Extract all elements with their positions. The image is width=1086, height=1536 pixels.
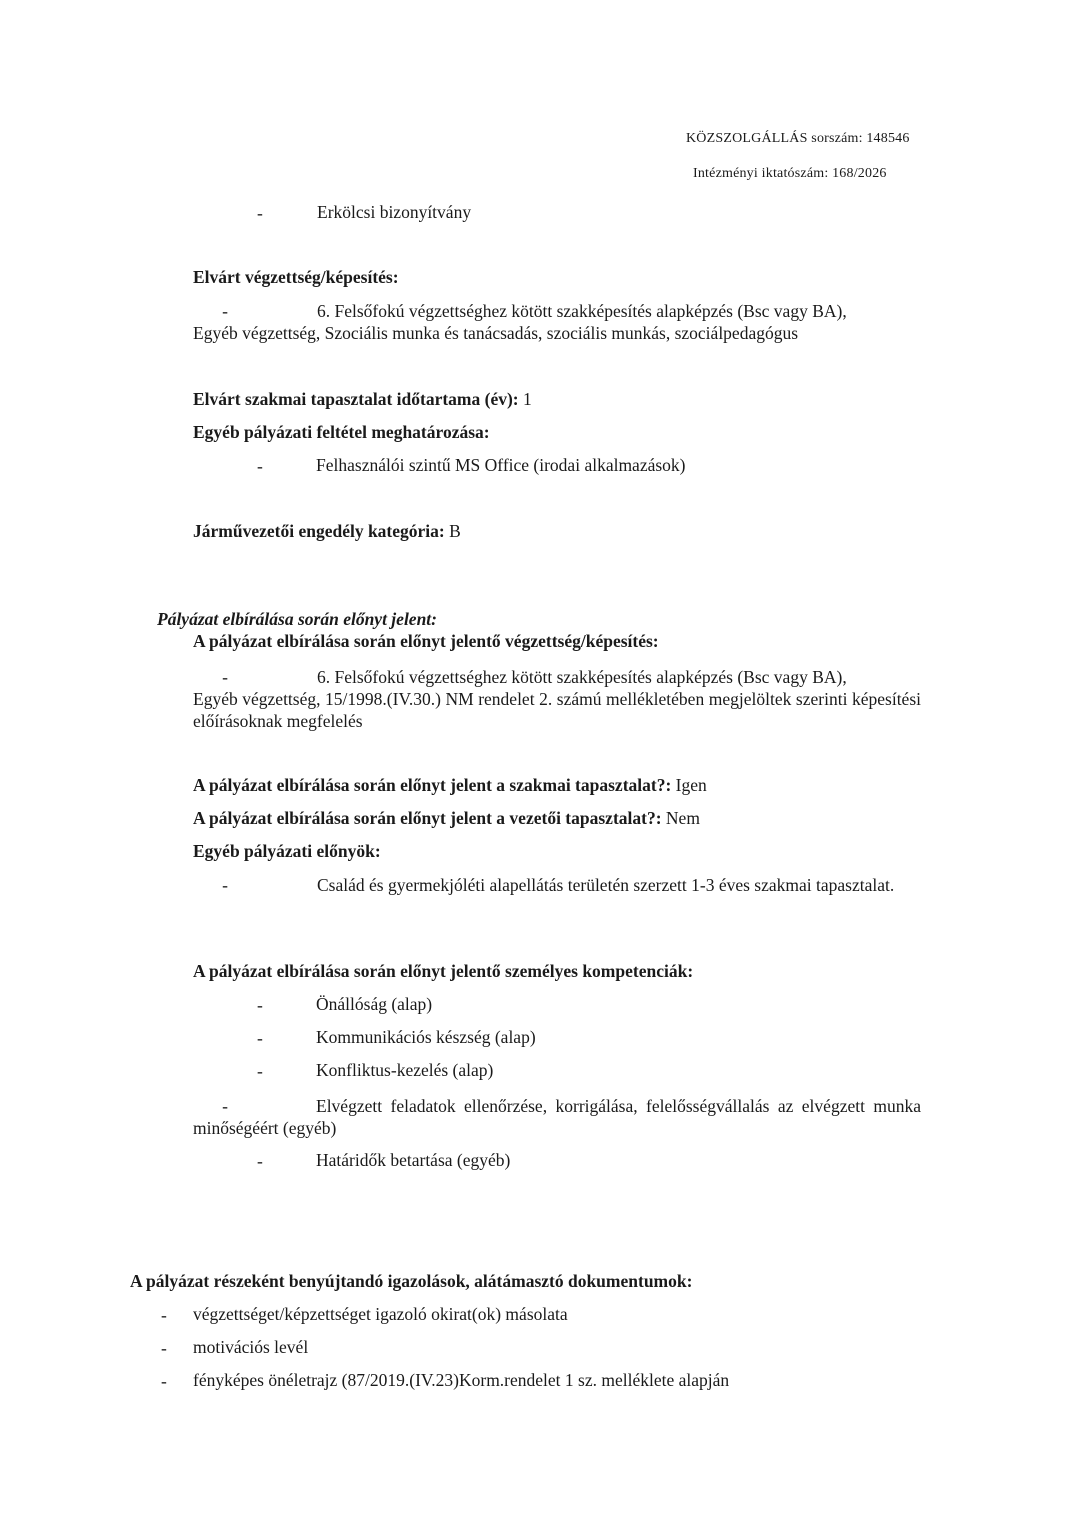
other-condition-label: Egyéb pályázati feltétel meghatározása: <box>193 422 490 443</box>
document-item: fényképes önéletrajz (87/2019.(IV.23)Kor… <box>193 1370 729 1391</box>
education-item: -6. Felsőfokú végzettséghez kötött szakk… <box>193 300 921 344</box>
bullet: - <box>193 1095 257 1117</box>
list-item: Felhasználói szintű MS Office (irodai al… <box>316 455 686 476</box>
bullet: - <box>161 1338 167 1359</box>
competency-item: -Elvégzett feladatok ellenőrzése, korrig… <box>193 1095 921 1139</box>
bullet: - <box>193 300 257 322</box>
competency-item: Kommunikációs készség (alap) <box>316 1027 536 1048</box>
advantage-education-item: -6. Felsőfokú végzettséghez kötött szakk… <box>193 666 921 732</box>
serial-number: KÖZSZOLGÁLLÁS sorszám: 148546 <box>686 131 910 147</box>
document-item: végzettséget/képzettséget igazoló okirat… <box>193 1304 568 1325</box>
bullet: - <box>257 456 263 477</box>
document-item: motivációs levél <box>193 1337 308 1358</box>
bullet: - <box>257 1028 263 1049</box>
list-item: Erkölcsi bizonyítvány <box>317 202 471 223</box>
bullet: - <box>257 1061 263 1082</box>
bullet: - <box>161 1305 167 1326</box>
lead-experience-row: A pályázat elbírálása során előnyt jelen… <box>193 808 700 829</box>
competency-item: Konfliktus-kezelés (alap) <box>316 1060 493 1081</box>
education-label: Elvárt végzettség/képesítés: <box>193 267 399 288</box>
other-advantage-item: -Család és gyermekjóléti alapellátás ter… <box>193 874 921 896</box>
license-row: Járművezetői engedély kategória: B <box>193 521 461 542</box>
bullet: - <box>257 1151 263 1172</box>
bullet: - <box>257 203 263 224</box>
bullet: - <box>193 874 257 896</box>
competency-item: Önállóság (alap) <box>316 994 432 1015</box>
advantage-education-label: A pályázat elbírálása során előnyt jelen… <box>193 631 659 652</box>
other-advantages-label: Egyéb pályázati előnyök: <box>193 841 381 862</box>
advantage-title: Pályázat elbírálása során előnyt jelent: <box>157 609 437 630</box>
competency-item: Határidők betartása (egyéb) <box>316 1150 510 1171</box>
bullet: - <box>257 995 263 1016</box>
registry-number: Intézményi iktatószám: 168/2026 <box>693 166 887 182</box>
bullet: - <box>193 666 257 688</box>
documents-label: A pályázat részeként benyújtandó igazolá… <box>130 1271 692 1292</box>
experience-row: Elvárt szakmai tapasztalat időtartama (é… <box>193 389 532 410</box>
competencies-label: A pályázat elbírálása során előnyt jelen… <box>193 961 693 982</box>
prof-experience-row: A pályázat elbírálása során előnyt jelen… <box>193 775 707 796</box>
bullet: - <box>161 1371 167 1392</box>
